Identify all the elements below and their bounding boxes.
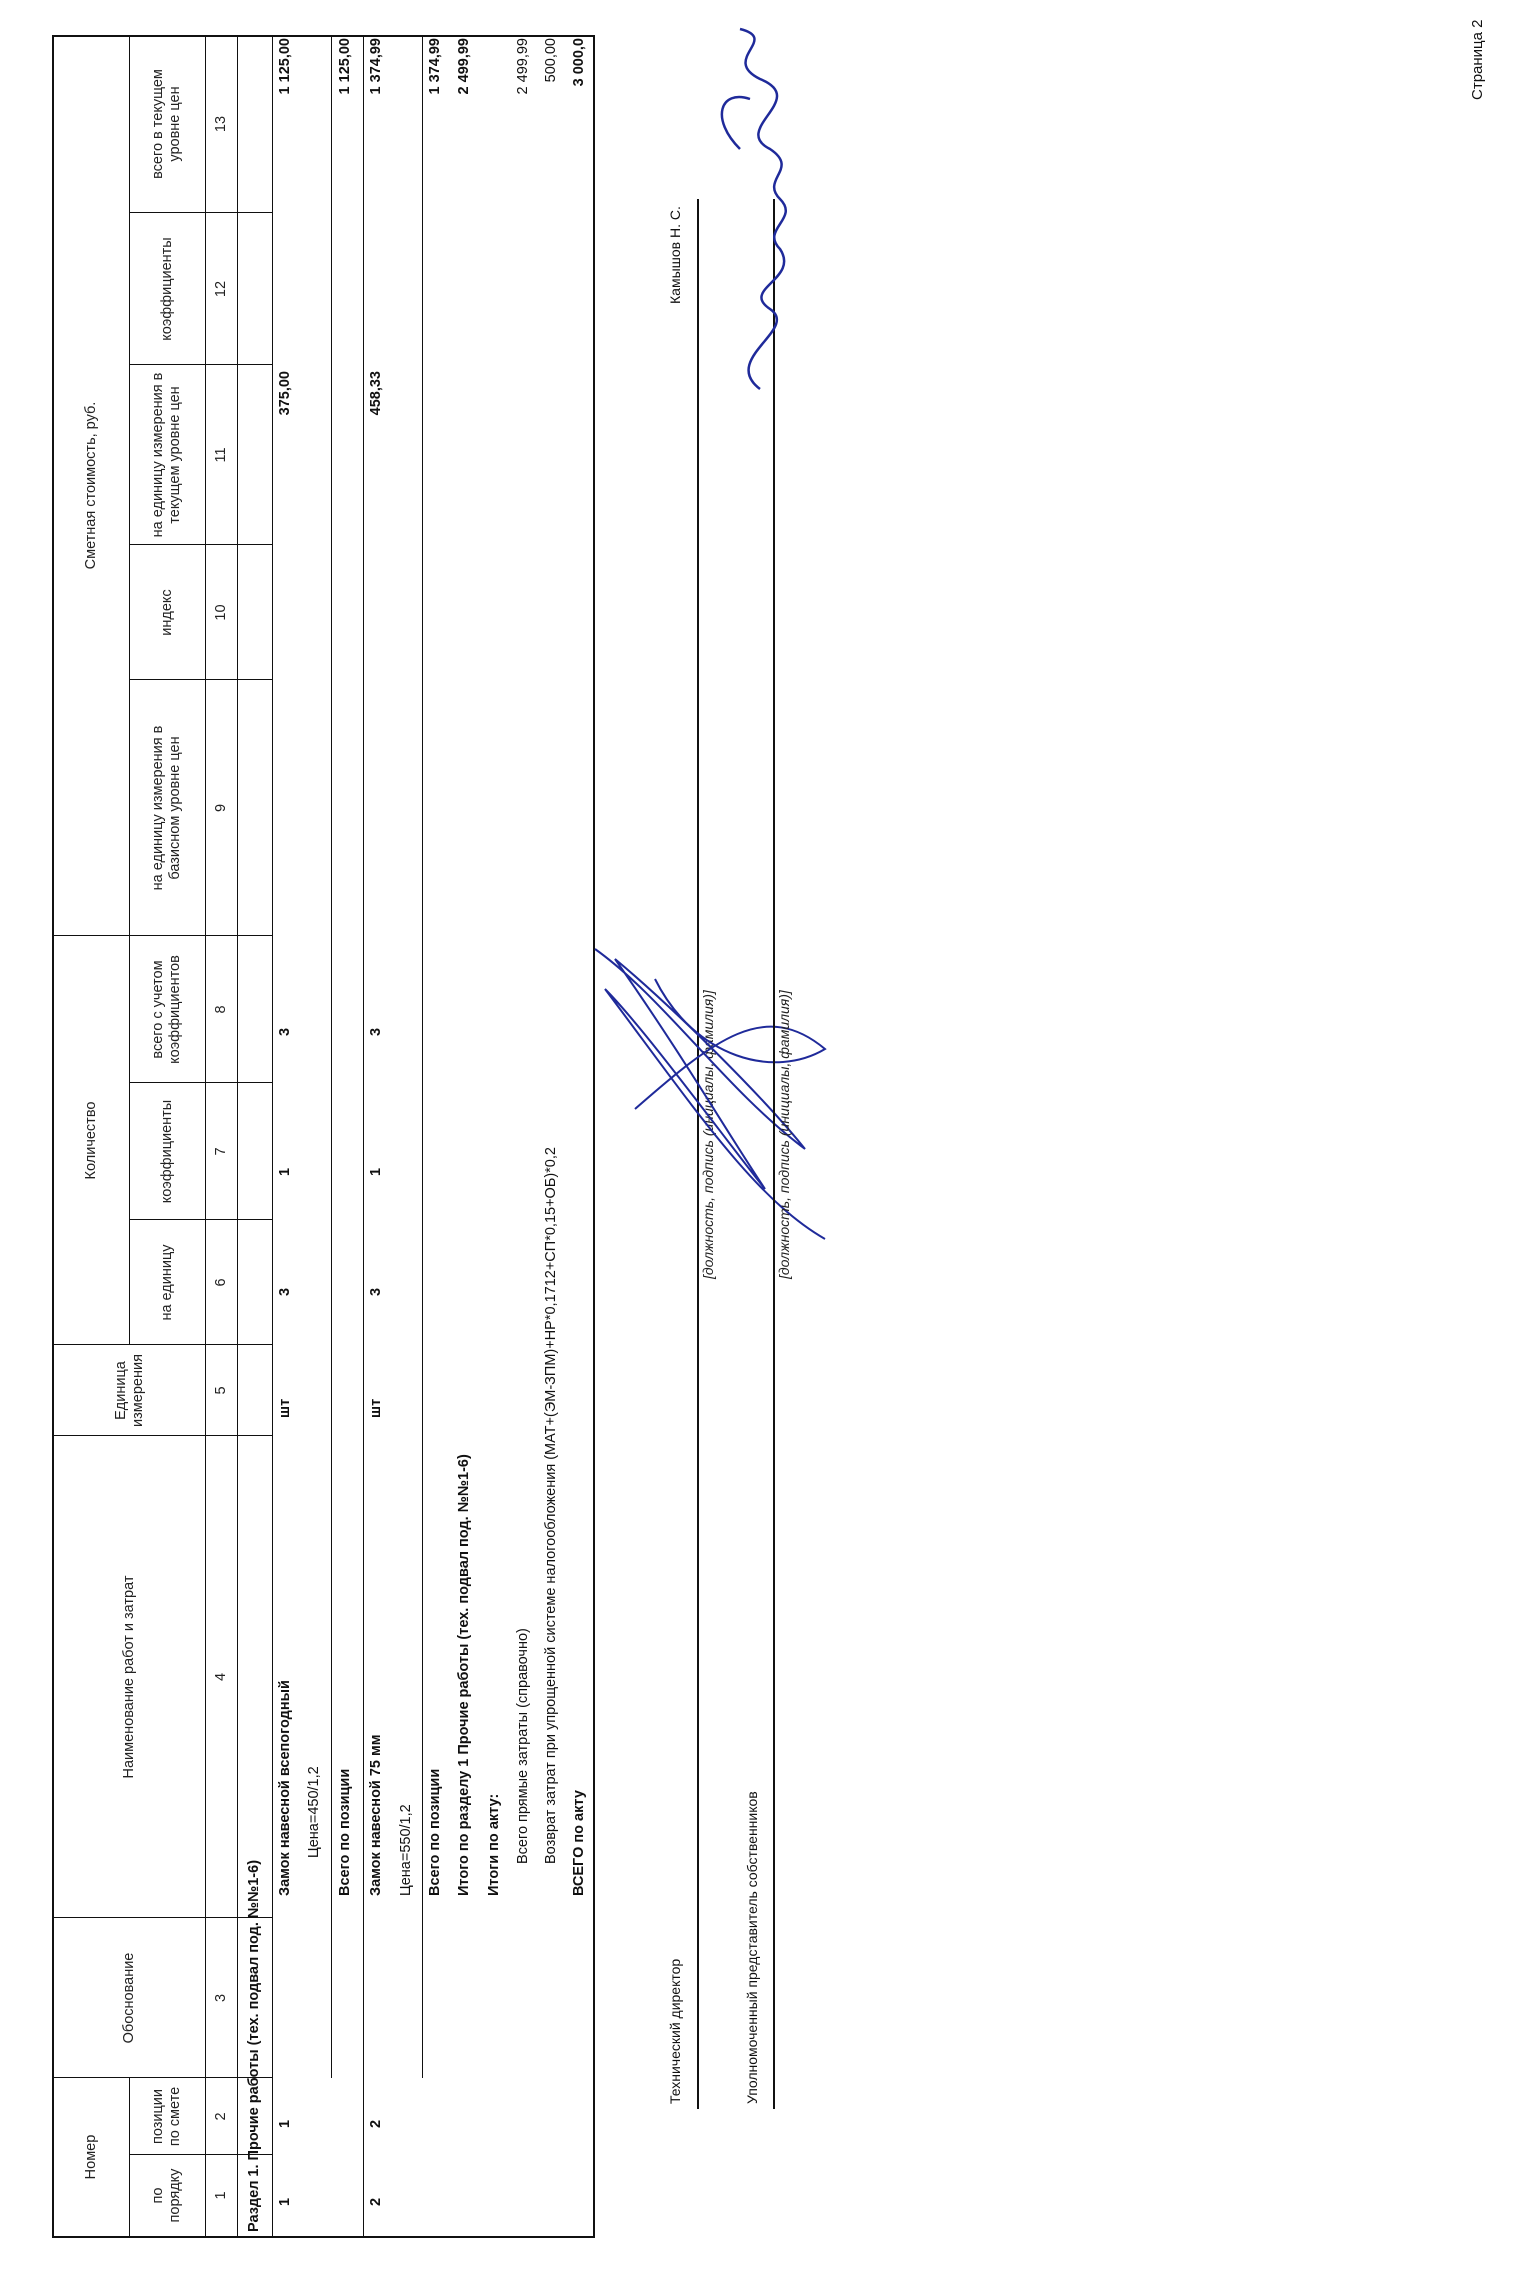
item-subtotal-value: 1 374,99 [425,38,445,146]
header-justification: Обоснование [54,1918,205,2078]
colnum-13: 13 [205,35,237,213]
item-price-note: Цена=550/1,2 [396,1804,416,1896]
header-current-unit-price: на единицу измерения в текущем уровне це… [129,365,205,545]
page-number: Страница 2 [1468,20,1488,101]
header-cost-coef: коэффициенты [129,213,205,365]
header-index: индекс [129,545,205,680]
item-subtotal-label: Всего по позиции [425,1769,445,1896]
tax-return-value: 500,00 [541,38,561,146]
colnum-4: 4 [205,1436,237,1918]
header-cost-group: Сметная стоимость, руб. [54,35,129,936]
header-qty-total: всего с учетом коэффициентов [129,936,205,1083]
colnum-10: 10 [205,545,237,680]
item-unit: шт [366,1399,386,1418]
handwritten-signature-2 [700,19,830,399]
colnum-8: 8 [205,936,237,1083]
colnum-1: 1 [205,2155,237,2236]
colnum-2: 2 [205,2078,237,2155]
header-qty-per-unit: на единицу [129,1220,205,1345]
colnum-11: 11 [205,365,237,545]
item-qty-per-unit: 3 [275,1288,295,1296]
signer-role: Уполномоченный представитель собственник… [742,1791,762,2104]
item-position: 1 [275,2120,295,2128]
act-totals-label: Итоги по акту: [484,1794,504,1896]
header-total-current: всего в текущем уровне цен [129,35,205,213]
colnum-3: 3 [205,1918,237,2078]
handwritten-signature-1 [575,929,835,1259]
header-number-group: Номер [54,2078,129,2236]
grand-total-value: 3 000,0 [569,38,589,146]
item-order: 1 [275,2198,295,2206]
item-unit: шт [275,1399,295,1418]
estimate-table: Номер Обоснование Наименование работ и з… [52,35,595,2238]
tax-return-label: Возврат затрат при упрощенной системе на… [541,1147,561,1864]
document-page: Страница 2 Номер Обоснование Наименовани… [0,0,1516,2279]
item-unit-price-current: 458,33 [366,371,386,476]
item-qty-total: 3 [366,1028,386,1036]
signer-role: Технический директор [665,1959,685,2104]
item-price-note: Цена=450/1,2 [304,1766,324,1858]
item-qty-coef: 1 [366,1168,386,1176]
item-total-current: 1 125,00 [275,38,295,146]
colnum-5: 5 [205,1345,237,1436]
section-total-label: Итого по разделу 1 Прочие работы (тех. п… [454,1454,474,1896]
header-quantity-group: Количество [54,936,129,1345]
header-work-name: Наименование работ и затрат [54,1436,205,1918]
item-subtotal-label: Всего по позиции [335,1769,355,1896]
item-qty-coef: 1 [275,1168,295,1176]
colnum-6: 6 [205,1220,237,1345]
section-total-value: 2 499,99 [454,38,474,146]
section-title: Раздел 1. Прочие работы (тех. подвал под… [244,1860,264,2232]
item-unit-price-current: 375,00 [275,371,295,476]
item-position: 2 [366,2120,386,2128]
signature-caption: [должность, подпись (инициалы, фамилия)] [776,990,792,1279]
header-order: по порядку [129,2155,205,2236]
colnum-9: 9 [205,680,237,936]
grand-total-label: ВСЕГО по акту [569,1790,589,1896]
header-unit: Единица измерения [54,1345,205,1436]
colnum-7: 7 [205,1083,237,1220]
item-name: Замок навесной всепогодный [275,1680,295,1896]
header-position: позиции по смете [129,2078,205,2155]
header-qty-coef: коэффициенты [129,1083,205,1220]
item-subtotal-value: 1 125,00 [335,38,355,146]
item-total-current: 1 374,99 [366,38,386,146]
direct-costs-value: 2 499,99 [513,38,533,146]
item-name: Замок навесной 75 мм [366,1735,386,1896]
colnum-12: 12 [205,213,237,365]
signer-name: Камышов Н. С. [665,206,685,304]
direct-costs-label: Всего прямые затраты (справочно) [513,1628,533,1864]
header-base-unit-price: на единицу измерения в базисном уровне ц… [129,680,205,936]
item-order: 2 [366,2198,386,2206]
item-qty-total: 3 [275,1028,295,1036]
item-qty-per-unit: 3 [366,1288,386,1296]
